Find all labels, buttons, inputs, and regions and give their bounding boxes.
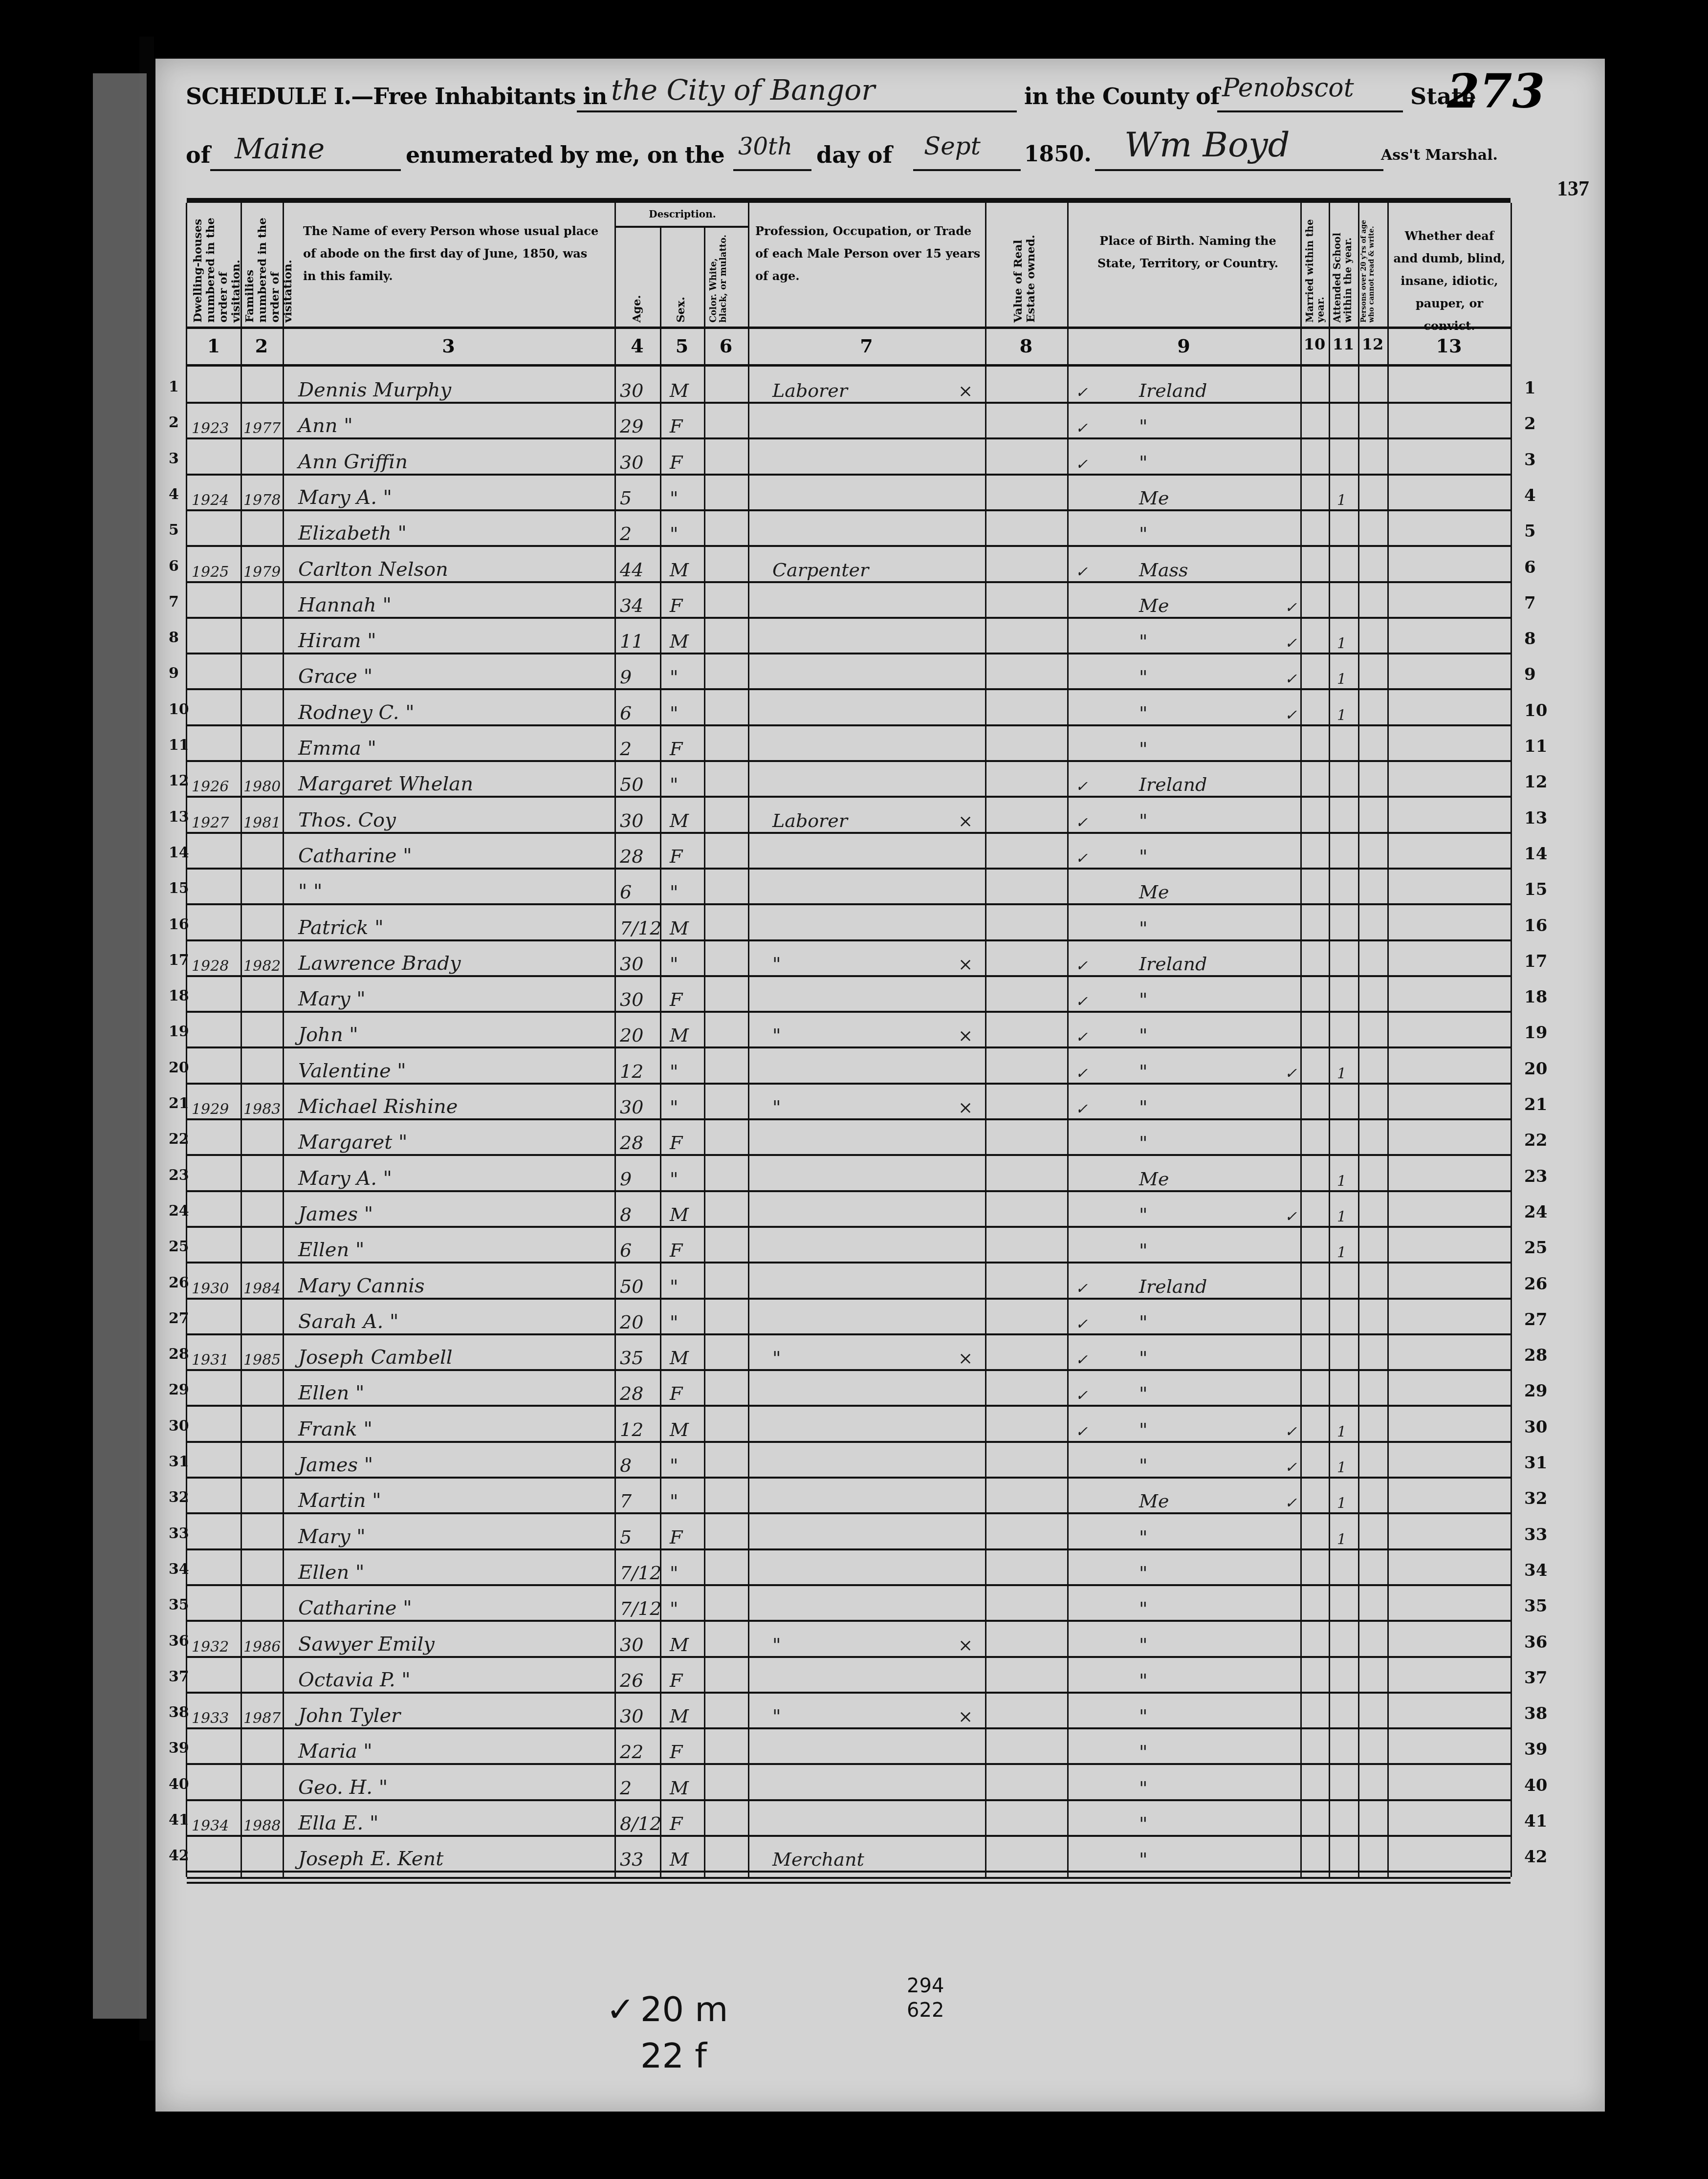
table-row: Valentine "12"✓"✓1 [187,1048,1511,1084]
person-name: Ann " [298,414,353,437]
occupation: " [772,1096,781,1118]
family-number: 1983 [243,1101,281,1118]
table-row: Ellen "28F✓" [187,1371,1511,1406]
person-name: John Tyler [298,1704,400,1727]
line-number-right: 4 [1524,486,1536,505]
table-top-border [187,198,1511,203]
birth-check-mark: ✓ [1075,814,1088,831]
birthplace: Me [1139,1168,1169,1190]
age: 35 [620,1347,643,1369]
table-row: Grace "9""✓1 [187,654,1511,690]
table-row: Frank "12M✓"✓1 [187,1407,1511,1442]
occupation-mark: × [958,1707,973,1727]
age: 8/12 [620,1813,661,1834]
table-row: 19261980Margaret Whelan50"✓Ireland [187,762,1511,797]
table-row: Patrick "7/12M" [187,905,1511,941]
line-number-left: 11 [169,737,189,754]
person-name: Geo. H. " [298,1776,388,1799]
birthplace: " [1139,1061,1147,1082]
line-number-left: 5 [169,522,179,539]
birthplace: " [1139,631,1147,652]
line-number-right: 14 [1524,844,1547,864]
school-mark: 1 [1337,492,1346,509]
table-row: Maria "22F" [187,1729,1511,1765]
dwelling-number: 1933 [192,1710,229,1727]
table-row: Martin "7"Me✓1 [187,1478,1511,1514]
married-mark: ✓ [1285,635,1297,652]
table-row: 19251979Carlton Nelson44MCarpenter✓Mass [187,547,1511,583]
sex: M [670,1777,689,1799]
sex: " [670,1455,678,1476]
birth-check-mark: ✓ [1075,1387,1088,1404]
person-name: Ellen " [298,1239,364,1261]
school-mark: 1 [1337,1495,1346,1512]
sex: M [670,810,689,831]
birth-check-mark: ✓ [1075,1316,1088,1333]
birthplace: " [1139,1777,1147,1799]
line-number-right: 7 [1524,593,1536,613]
table-row: Ellen "7/12"" [187,1550,1511,1586]
sex: F [670,1526,682,1548]
county-blank [1217,110,1403,112]
age: 12 [620,1061,643,1082]
occupation: " [772,1634,781,1656]
person-name: Catharine " [298,845,412,867]
dwelling-number: 1928 [192,958,229,975]
occupation: Carpenter [772,559,869,581]
birthplace: " [1139,1455,1147,1476]
school-mark: 1 [1337,671,1346,688]
line-number-right: 1 [1524,378,1536,398]
line-number-left: 8 [169,629,179,646]
line-number-right: 13 [1524,808,1547,828]
col-number-10: 10 [1300,335,1329,353]
line-number-right: 42 [1524,1847,1547,1867]
table-row: Catharine "7/12"" [187,1586,1511,1621]
family-number: 1987 [243,1710,281,1727]
occupation-mark: × [958,1349,973,1369]
person-name: Thos. Coy [298,809,396,831]
line-number-left: 10 [169,701,189,718]
col-number-3: 3 [283,335,614,357]
marshal-signature: Wm Boyd [1124,125,1290,165]
sex: M [670,1849,689,1870]
birth-check-mark: ✓ [1075,564,1088,581]
birth-check-mark: ✓ [1075,778,1088,795]
dwelling-number: 1923 [192,420,229,437]
person-name: Lawrence Brady [298,952,461,975]
sex: " [670,1490,678,1512]
age: 11 [620,631,643,652]
table-row: Joseph E. Kent33MMerchant" [187,1836,1511,1872]
person-name: Elizabeth " [298,522,407,545]
table-row: Octavia P. "26F" [187,1657,1511,1693]
col-number-1: 1 [187,335,241,357]
birthplace: " [1139,1813,1147,1834]
line-number-right: 5 [1524,522,1536,541]
county-label: in the County of [1024,83,1220,109]
line-number-right: 25 [1524,1238,1547,1258]
line-number-left: 32 [169,1489,189,1506]
line-number-right: 21 [1524,1095,1547,1114]
col-number-7: 7 [748,335,985,357]
person-name: Ellen " [298,1382,364,1404]
table-row: 19241978Mary A. "5"Me1 [187,475,1511,511]
person-name: Rodney C. " [298,701,415,724]
sex: M [670,1347,689,1369]
age: 9 [620,1168,632,1190]
line-number-left: 34 [169,1561,189,1578]
month-fill: Sept [924,132,981,160]
line-number-left: 29 [169,1381,189,1398]
birthplace: Me [1139,1490,1169,1512]
birthplace: " [1139,738,1147,760]
dwelling-number: 1926 [192,778,229,795]
sex: M [670,559,689,581]
school-mark: 1 [1337,1208,1346,1225]
line-number-left: 35 [169,1596,189,1613]
age: 2 [620,738,632,760]
age: 8 [620,1455,632,1476]
dwelling-number: 1925 [192,564,229,581]
line-number-left: 15 [169,880,189,897]
person-name: John " [298,1024,358,1046]
county-fill: Penobscot [1222,73,1354,103]
birthplace: " [1139,415,1147,437]
age: 8 [620,1204,632,1225]
sex: " [670,1168,678,1190]
birthplace: " [1139,523,1147,545]
family-number: 1984 [243,1280,281,1297]
occupation: Merchant [772,1849,864,1870]
age: 28 [620,1383,643,1404]
line-number-left: 26 [169,1274,189,1291]
school-mark: 1 [1337,1531,1346,1548]
table-row: 19291983Michael Rishine30""×✓" [187,1084,1511,1120]
row-rule [187,1871,1511,1873]
birthplace: " [1139,1562,1147,1584]
line-number-left: 42 [169,1847,189,1864]
sex: M [670,380,689,401]
table-row: 19301984Mary Cannis50"✓Ireland [187,1264,1511,1299]
school-mark: 1 [1337,1459,1346,1476]
table-row: 19281982Lawrence Brady30""×✓Ireland [187,941,1511,977]
occupation-mark: × [958,955,973,975]
birth-check-mark: ✓ [1075,1101,1088,1118]
sex: " [670,666,678,688]
table-row: Catharine "28F✓" [187,833,1511,869]
description-group-label: Description. [617,203,748,225]
dwelling-number: 1930 [192,1280,229,1297]
table-bottom-rule-2 [187,1882,1511,1884]
of-label: of [186,142,210,168]
col-number-6: 6 [704,335,748,357]
sex: F [670,1741,682,1763]
age: 6 [620,1240,632,1261]
sex: F [670,1670,682,1691]
table-row: 19321986Sawyer Emily30M"×" [187,1622,1511,1657]
col-header-2: Families numbered in the order of visita… [243,205,281,323]
person-name: Sawyer Emily [298,1633,435,1656]
line-number-left: 22 [169,1131,189,1148]
line-number-left: 30 [169,1417,189,1435]
line-number-left: 7 [169,593,179,610]
married-mark: ✓ [1285,1208,1297,1225]
occupation-mark: × [958,1098,973,1118]
col-header-3: The Name of every Person whose usual pla… [303,220,601,287]
line-number-right: 10 [1524,701,1547,720]
age: 20 [620,1311,643,1333]
birthplace: " [1139,702,1147,724]
age: 28 [620,1132,643,1154]
person-name: Joseph E. Kent [298,1848,443,1870]
occupation: Laborer [772,810,848,831]
col-header-5: Sex. [675,283,694,323]
line-number-left: 19 [169,1023,189,1040]
header-bottom-rule [187,327,1511,329]
birthplace: " [1139,989,1147,1010]
age: 7 [620,1490,632,1512]
sex: " [670,1562,678,1584]
birthplace: Mass [1139,559,1188,581]
col-header-1: Dwelling-houses numbered in the order of… [192,205,239,323]
person-name: Carlton Nelson [298,558,448,581]
sex: F [670,415,682,437]
birthplace: " [1139,1598,1147,1619]
birthplace: " [1139,1204,1147,1225]
state-blank [210,169,401,171]
age: 20 [620,1024,643,1046]
person-name: Grace " [298,665,372,688]
sex: " [670,1276,678,1297]
birth-check-mark: ✓ [1075,420,1088,437]
col-number-5: 5 [660,335,704,357]
table-row: Ellen "6F"1 [187,1227,1511,1263]
age: 30 [620,380,643,401]
line-number-left: 33 [169,1525,189,1542]
occupation: " [772,1347,781,1369]
married-mark: ✓ [1285,599,1297,616]
line-number-left: 23 [169,1167,189,1184]
line-number-left: 27 [169,1310,189,1327]
sex: " [670,1311,678,1333]
birthplace: " [1139,810,1147,831]
sex: M [670,917,689,939]
line-number-right: 32 [1524,1489,1547,1508]
line-number-right: 9 [1524,665,1536,684]
person-name: Ella E. " [298,1812,378,1834]
col-header-12: Persons over 20 y'rs of age who cannot r… [1360,205,1385,323]
sex: F [670,989,682,1010]
birthplace: " [1139,1741,1147,1763]
school-mark: 1 [1337,707,1346,724]
handwritten-page-number: 273 [1447,64,1545,119]
dwelling-number: 1927 [192,814,229,831]
age: 7/12 [620,1598,661,1619]
married-mark: ✓ [1285,1495,1297,1512]
family-number: 1980 [243,778,281,795]
birth-check-mark: ✓ [1075,850,1088,867]
person-name: Joseph Cambell [298,1346,453,1369]
line-number-left: 41 [169,1811,189,1829]
col-header-13: Whether deaf and dumb, blind, insane, id… [1393,225,1506,337]
person-name: Hannah " [298,594,392,616]
table-row: 19271981Thos. Coy30MLaborer×✓" [187,798,1511,833]
age: 30 [620,1096,643,1118]
age: 6 [620,702,632,724]
age: 30 [620,989,643,1010]
line-number-right: 19 [1524,1023,1547,1043]
table-row: Hiram "11M"✓1 [187,618,1511,654]
age: 34 [620,595,643,616]
occupation: Laborer [772,380,848,401]
table-row: 19231977Ann "29F✓" [187,403,1511,439]
birthplace: " [1139,1705,1147,1727]
age: 5 [620,1526,632,1548]
birthplace: " [1139,1526,1147,1548]
line-number-right: 38 [1524,1704,1547,1723]
birthplace: " [1139,1311,1147,1333]
birth-check-mark: ✓ [1075,1423,1088,1440]
col-header-9: Place of Birth. Naming the State, Territ… [1090,230,1286,275]
age: 26 [620,1670,643,1691]
table-bottom-rule-1 [187,1877,1511,1879]
person-name: Maria " [298,1740,372,1763]
tally-sum-top: 294 [907,1975,944,1997]
age: 30 [620,452,643,473]
age: 9 [620,666,632,688]
birthplace: Ireland [1139,1276,1207,1297]
person-name: Hiram " [298,630,376,652]
person-name: Mary Cannis [298,1275,425,1297]
person-name: Martin " [298,1489,381,1512]
sex: " [670,1061,678,1082]
col-number-9: 9 [1067,335,1300,357]
occupation-mark: × [958,811,973,831]
line-number-right: 27 [1524,1310,1547,1329]
location-blank [577,110,1017,112]
sex: F [670,595,682,616]
line-number-right: 12 [1524,772,1547,792]
birthplace: " [1139,666,1147,688]
line-number-left: 38 [169,1704,189,1721]
person-name: Catharine " [298,1597,412,1619]
binding-strip [93,73,147,2019]
sex: F [670,1132,682,1154]
occupation: " [772,1024,781,1046]
day-blank [733,169,811,171]
table-row: Elizabeth "2"" [187,511,1511,546]
col-number-13: 13 [1387,335,1511,357]
occupation-mark: × [958,381,973,401]
line-number-right: 11 [1524,737,1547,756]
person-name: Mary A. " [298,486,392,509]
sex: " [670,953,678,975]
sex: " [670,1598,678,1619]
table-row: Mary "30F✓" [187,977,1511,1012]
col-header-7: Profession, Occupation, or Trade of each… [755,220,985,287]
dwelling-number: 1924 [192,492,229,509]
line-number-left: 31 [169,1453,189,1470]
col-header-4: Age. [631,283,650,323]
birthplace: " [1139,1132,1147,1154]
tally-females: 22 f [640,2036,707,2076]
month-blank [913,169,1021,171]
birthplace: " [1139,1096,1147,1118]
person-name: Mary " [298,988,366,1010]
family-number: 1986 [243,1638,281,1656]
age: 7/12 [620,917,661,939]
age: 7/12 [620,1562,661,1584]
printed-page-number: 137 [1557,176,1589,201]
birthplace: Ireland [1139,774,1207,795]
table-row: Mary "5F"1 [187,1514,1511,1550]
line-number-left: 36 [169,1633,189,1650]
sex: M [670,631,689,652]
table-row: " "6"Me [187,869,1511,905]
line-number-left: 28 [169,1346,189,1363]
line-number-left: 18 [169,987,189,1004]
dwelling-number: 1934 [192,1817,229,1834]
school-mark: 1 [1337,1244,1346,1261]
table-row: Sarah A. "20"✓" [187,1299,1511,1335]
table-row: 19331987John Tyler30M"×" [187,1693,1511,1729]
col-number-12: 12 [1358,335,1387,353]
sex: F [670,1240,682,1261]
sex: M [670,1024,689,1046]
table-row: James "8M"✓1 [187,1192,1511,1227]
person-name: Patrick " [298,916,384,939]
occupation: " [772,953,781,975]
family-number: 1977 [243,420,281,437]
line-number-left: 14 [169,844,189,861]
line-number-right: 29 [1524,1381,1547,1401]
col-header-11: Attended School within the year. [1332,205,1356,323]
age: 2 [620,1777,632,1799]
age: 2 [620,523,632,545]
line-number-left: 4 [169,486,179,503]
state-fill: Maine [235,132,325,165]
birth-check-mark: ✓ [1075,993,1088,1010]
sex: M [670,1705,689,1727]
birthplace: " [1139,917,1147,939]
line-number-left: 12 [169,772,189,789]
person-name: Valentine " [298,1060,406,1082]
person-name: Ann Griffin [298,451,408,473]
line-number-right: 6 [1524,558,1536,577]
sex: " [670,523,678,545]
family-number: 1988 [243,1817,281,1834]
school-mark: 1 [1337,1065,1346,1082]
line-number-left: 13 [169,808,189,826]
person-name: Michael Rishine [298,1095,458,1118]
col-number-2: 2 [241,335,283,357]
tally-sum-bottom: 622 [907,1999,944,2022]
col-header-6: Color. White, black, or mulatto. [709,230,746,323]
line-number-right: 3 [1524,450,1536,470]
birthplace: Ireland [1139,380,1207,401]
line-number-right: 2 [1524,414,1536,434]
age: 30 [620,953,643,975]
family-number: 1985 [243,1351,281,1369]
married-mark: ✓ [1285,1459,1297,1476]
birth-check-mark: ✓ [1075,1280,1088,1297]
dwelling-number: 1929 [192,1101,229,1118]
person-name: Dennis Murphy [298,379,451,401]
age: 50 [620,774,643,795]
table-row: Mary A. "9"Me1 [187,1156,1511,1192]
birthplace: " [1139,1383,1147,1404]
